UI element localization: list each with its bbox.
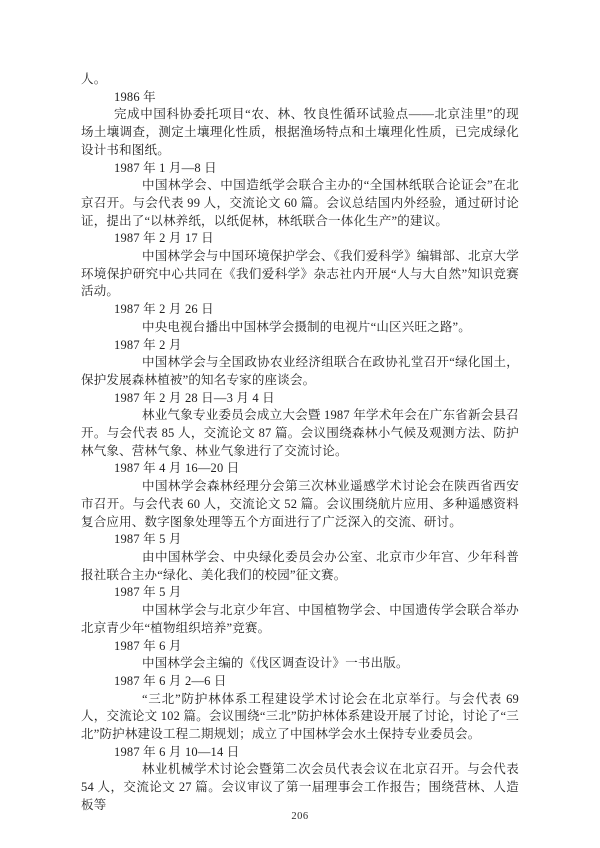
entry-text: 林业机械学术讨论会暨第二次会员代表会议在北京召开。与会代表 54 人，交流论文 … bbox=[81, 761, 519, 814]
chronicle-entry: 1987 年 6 月 10—14 日林业机械学术讨论会暨第二次会员代表会议在北京… bbox=[81, 744, 519, 815]
chronicle-entry: 1987 年 5 月由中国林学会、中央绿化委员会办公室、北京市少年宫、少年科普报… bbox=[81, 531, 519, 584]
entry-date: 1987 年 5 月 bbox=[81, 584, 519, 602]
chronicle-entry: 1987 年 6 月 2—6 日“三北”防护林体系工程建设学术讨论会在北京举行。… bbox=[81, 673, 519, 744]
entry-date: 1987 年 1 月—8 日 bbox=[81, 160, 519, 178]
entry-text: 中国林学会主编的《伐区调查设计》一书出版。 bbox=[81, 655, 519, 673]
continuation-line: 人。 bbox=[81, 71, 519, 89]
entry-date: 1987 年 4 月 16—20 日 bbox=[81, 460, 519, 478]
entry-text: 中国林学会、中国造纸学会联合主办的“全国林纸联合论证会”在北京召开。与会代表 9… bbox=[81, 177, 519, 230]
chronicle-entry: 1987 年 2 月 26 日中央电视台播出中国林学会摄制的电视片“山区兴旺之路… bbox=[81, 301, 519, 336]
chronicle-entry: 1987 年 2 月中国林学会与全国政协农业经济组联合在政协礼堂召开“绿化国土，… bbox=[81, 337, 519, 390]
entry-text: 中国林学会森林经理分会第三次林业遥感学术讨论会在陕西省西安市召开。与会代表 60… bbox=[81, 478, 519, 531]
entry-text: 中央电视台播出中国林学会摄制的电视片“山区兴旺之路”。 bbox=[81, 319, 519, 337]
entry-text: 完成中国科协委托项目“农、林、牧良性循环试验点——北京洼里”的现场土壤调查，测定… bbox=[81, 106, 519, 159]
entry-text: 由中国林学会、中央绿化委员会办公室、北京市少年宫、少年科普报社联合主办“绿化、美… bbox=[81, 549, 519, 584]
entry-date: 1986 年 bbox=[81, 89, 519, 107]
chronicle-entry: 1987 年 5 月中国林学会与北京少年宫、中国植物学会、中国遗传学会联合举办北… bbox=[81, 584, 519, 637]
chronicle-entry: 1987 年 2 月 17 日中国林学会与中国环境保护学会、《我们爱科学》编辑部… bbox=[81, 230, 519, 301]
chronicle-text: 人。 1986 年完成中国科协委托项目“农、林、牧良性循环试验点——北京洼里”的… bbox=[81, 71, 519, 815]
entry-date: 1987 年 2 月 26 日 bbox=[81, 301, 519, 319]
chronicle-entry: 1986 年完成中国科协委托项目“农、林、牧良性循环试验点——北京洼里”的现场土… bbox=[81, 89, 519, 160]
entry-date: 1987 年 5 月 bbox=[81, 531, 519, 549]
chronicle-entries: 1986 年完成中国科协委托项目“农、林、牧良性循环试验点——北京洼里”的现场土… bbox=[81, 89, 519, 815]
chronicle-entry: 1987 年 1 月—8 日中国林学会、中国造纸学会联合主办的“全国林纸联合论证… bbox=[81, 160, 519, 231]
entry-date: 1987 年 2 月 17 日 bbox=[81, 230, 519, 248]
document-page: 人。 1986 年完成中国科协委托项目“农、林、牧良性循环试验点——北京洼里”的… bbox=[0, 0, 600, 848]
entry-text: “三北”防护林体系工程建设学术讨论会在北京举行。与会代表 69 人，交流论文 1… bbox=[81, 691, 519, 744]
entry-text: 中国林学会与中国环境保护学会、《我们爱科学》编辑部、北京大学环境保护研究中心共同… bbox=[81, 248, 519, 301]
entry-text: 中国林学会与全国政协农业经济组联合在政协礼堂召开“绿化国土，保护发展森林植被”的… bbox=[81, 354, 519, 389]
entry-date: 1987 年 6 月 10—14 日 bbox=[81, 744, 519, 762]
entry-date: 1987 年 2 月 28 日—3 月 4 日 bbox=[81, 390, 519, 408]
chronicle-entry: 1987 年 4 月 16—20 日中国林学会森林经理分会第三次林业遥感学术讨论… bbox=[81, 460, 519, 531]
entry-text: 中国林学会与北京少年宫、中国植物学会、中国遗传学会联合举办北京青少年“植物组织培… bbox=[81, 602, 519, 637]
chronicle-entry: 1987 年 2 月 28 日—3 月 4 日林业气象专业委员会成立大会暨 19… bbox=[81, 390, 519, 461]
entry-date: 1987 年 2 月 bbox=[81, 337, 519, 355]
entry-text: 林业气象专业委员会成立大会暨 1987 年学术年会在广东省新会县召开。与会代表 … bbox=[81, 407, 519, 460]
entry-date: 1987 年 6 月 bbox=[81, 638, 519, 656]
entry-date: 1987 年 6 月 2—6 日 bbox=[81, 673, 519, 691]
chronicle-entry: 1987 年 6 月中国林学会主编的《伐区调查设计》一书出版。 bbox=[81, 638, 519, 673]
page-number: 206 bbox=[0, 811, 600, 822]
